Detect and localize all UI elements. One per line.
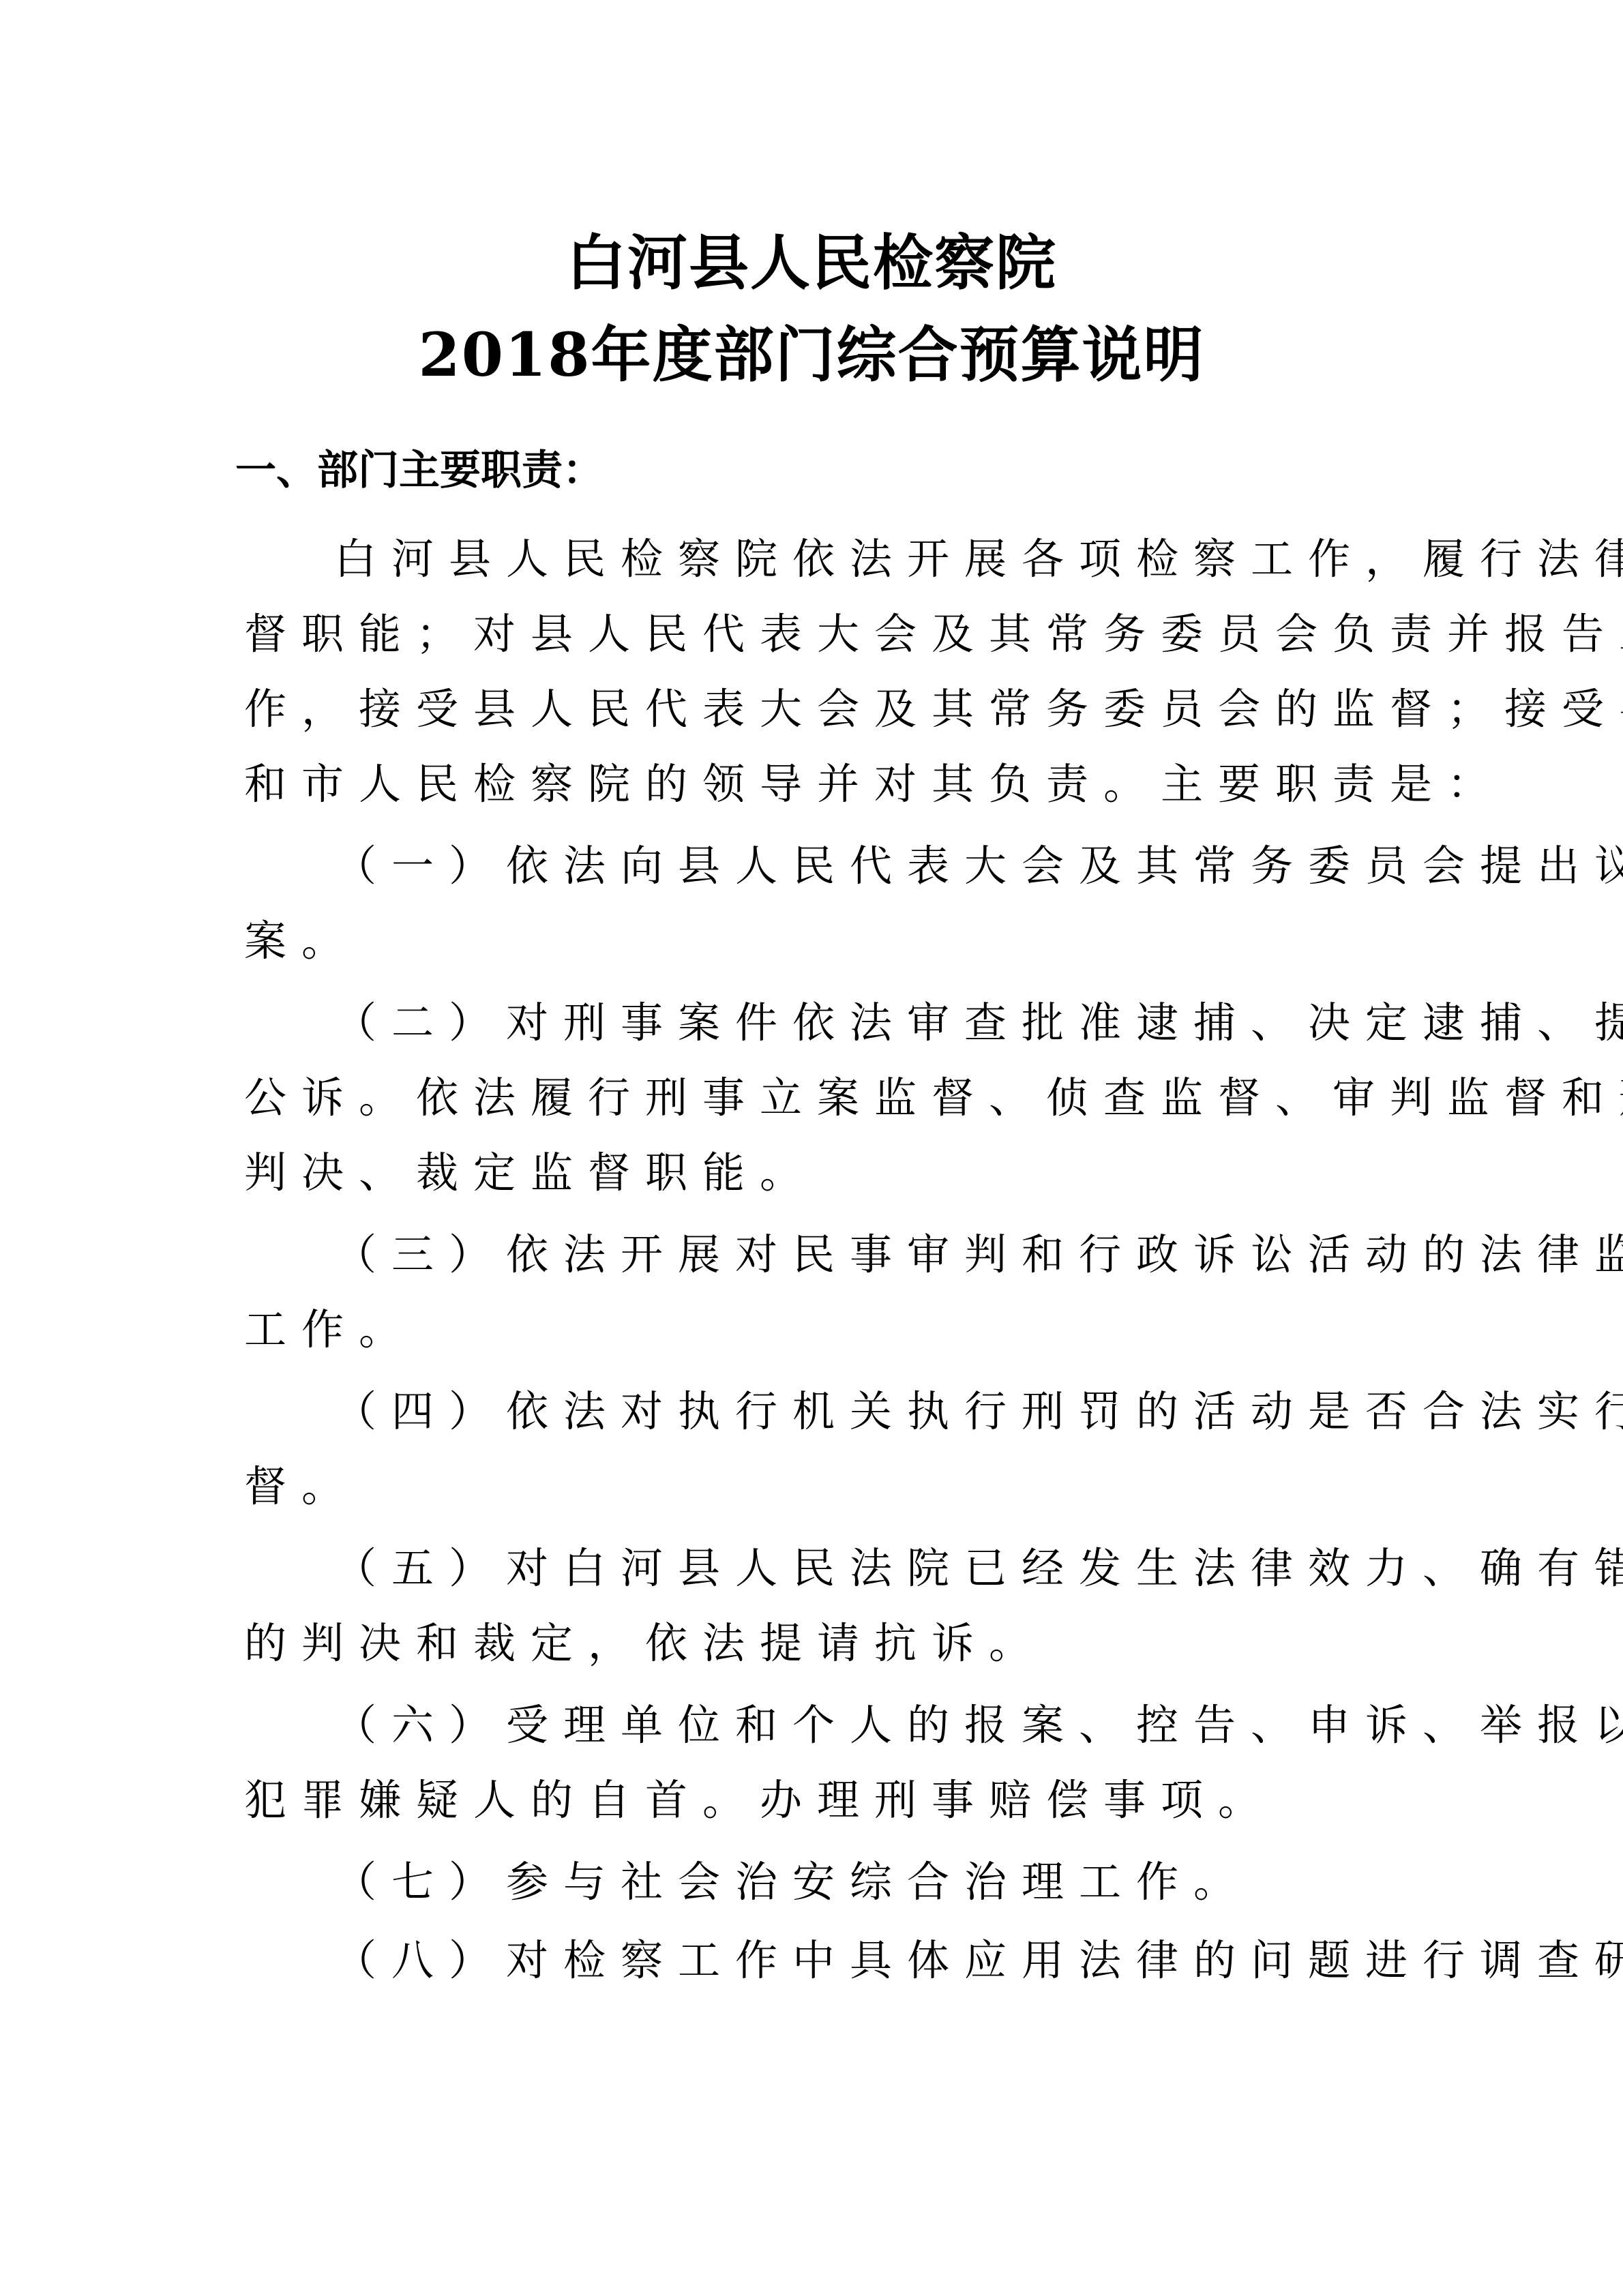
text-line: （七）参与社会治安综合治理工作。 <box>334 1851 1391 1913</box>
text-line: 工作。 <box>244 1299 1390 1360</box>
text-line: 案。 <box>244 910 1390 972</box>
document-title-org: 白河县人民检察院 <box>0 228 1623 297</box>
text-line: 白河县人民检察院依法开展各项检察工作，履行法律监 <box>334 528 1391 590</box>
text-line: 的判决和裁定，依法提请抗诉。 <box>244 1613 1390 1674</box>
document-page: 白河县人民检察院 2018年度部门综合预算说明 一、部门主要职责： 白河县人民检… <box>0 0 1623 2296</box>
text-line: （三）依法开展对民事审判和行政诉讼活动的法律监督 <box>334 1224 1391 1285</box>
text-line: 作，接受县人民代表大会及其常务委员会的监督；接受县委 <box>244 679 1390 740</box>
text-line: （五）对白河县人民法院已经发生法律效力、确有错误 <box>334 1538 1391 1599</box>
text-line: （四）依法对执行机关执行刑罚的活动是否合法实行监 <box>334 1381 1391 1442</box>
text-line: （一）依法向县人民代表大会及其常务委员会提出议 <box>334 835 1391 897</box>
text-line: （八）对检察工作中具体应用法律的问题进行调查研 <box>334 1930 1391 1991</box>
text-line: （二）对刑事案件依法审查批准逮捕、决定逮捕、提起 <box>334 992 1391 1054</box>
text-line: 督职能；对县人民代表大会及其常务委员会负责并报告工 <box>244 603 1390 665</box>
document-title-subject: 2018年度部门综合预算说明 <box>0 320 1623 389</box>
section-heading-main-duties: 一、部门主要职责： <box>235 443 604 498</box>
text-line: （六）受理单位和个人的报案、控告、申诉、举报以及 <box>334 1695 1391 1756</box>
text-line: 督。 <box>244 1456 1390 1517</box>
text-line: 判决、裁定监督职能。 <box>244 1142 1390 1204</box>
text-line: 和市人民检察院的领导并对其负责。主要职责是： <box>244 754 1390 815</box>
text-line: 公诉。依法履行刑事立案监督、侦查监督、审判监督和刑事 <box>244 1067 1390 1129</box>
text-line: 犯罪嫌疑人的自首。办理刑事赔偿事项。 <box>244 1770 1390 1831</box>
